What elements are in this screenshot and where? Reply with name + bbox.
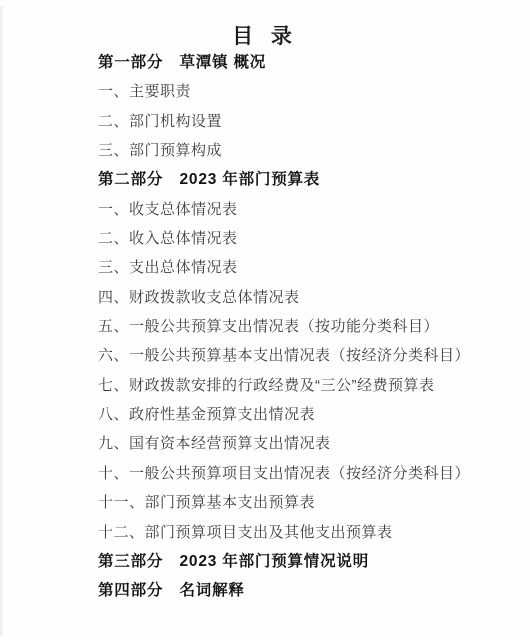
toc-section-heading: 第二部分 2023 年部门预算表 — [98, 165, 530, 194]
toc-item: 八、政府性基金预算支出情况表 — [98, 400, 530, 429]
toc-item: 十一、部门预算基本支出预算表 — [98, 488, 530, 517]
toc-item: 三、部门预算构成 — [98, 136, 530, 165]
toc-item: 七、财政拨款安排的行政经费及“三公”经费预算表 — [98, 371, 530, 400]
toc-item: 十二、部门预算项目支出及其他支出预算表 — [98, 518, 530, 547]
page-title: 目 录 — [0, 0, 530, 50]
toc-item: 五、一般公共预算支出情况表（按功能分类科目） — [98, 312, 530, 341]
table-of-contents: 第一部分 草潭镇 概况 一、主要职责 二、部门机构设置 三、部门预算构成 第二部… — [98, 48, 530, 606]
toc-item: 二、收入总体情况表 — [98, 224, 530, 253]
toc-item: 九、国有资本经营预算支出情况表 — [98, 429, 530, 458]
toc-item: 六、一般公共预算基本支出情况表（按经济分类科目） — [98, 341, 530, 370]
toc-item: 十、一般公共预算项目支出情况表（按经济分类科目） — [98, 459, 530, 488]
toc-section-heading: 第一部分 草潭镇 概况 — [98, 48, 530, 77]
toc-section-heading: 第四部分 名词解释 — [98, 576, 530, 605]
page-edge-shadow — [0, 6, 3, 636]
toc-item: 三、支出总体情况表 — [98, 253, 530, 282]
toc-item: 一、收支总体情况表 — [98, 195, 530, 224]
document-page: 目 录 第一部分 草潭镇 概况 一、主要职责 二、部门机构设置 三、部门预算构成… — [0, 0, 530, 640]
toc-item: 四、财政拨款收支总体情况表 — [98, 283, 530, 312]
toc-item: 一、主要职责 — [98, 77, 530, 106]
toc-section-heading: 第三部分 2023 年部门预算情况说明 — [98, 547, 530, 576]
toc-item: 二、部门机构设置 — [98, 107, 530, 136]
